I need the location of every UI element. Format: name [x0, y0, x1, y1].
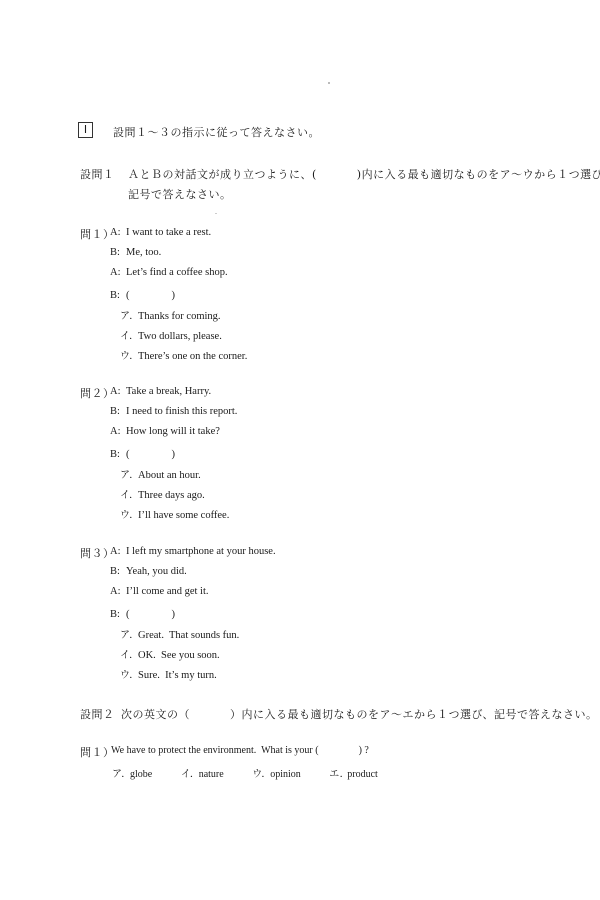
choice-option: イ．nature — [181, 765, 224, 780]
dialogue-line: A:Let’s find a coffee shop. — [110, 267, 228, 278]
choice-option: ウ．There’s one on the corner. — [120, 347, 247, 362]
choice-option: ア．globe — [112, 765, 152, 780]
q2-item1-sentence: We have to protect the environment. What… — [111, 745, 369, 756]
dialogue-line: B:Yeah, you did. — [110, 566, 187, 577]
dialogue-blank-line: B:( ) — [110, 606, 175, 621]
dialogue-line: A:Take a break, Harry. — [110, 386, 211, 397]
dialogue-line: A:I’ll come and get it. — [110, 586, 209, 597]
choice-option: エ．product — [329, 765, 378, 780]
dialogue-line: A:I left my smartphone at your house. — [110, 546, 276, 557]
scan-speck — [328, 82, 330, 84]
dialogue-line: B:I need to finish this report. — [110, 406, 237, 417]
dialogue-blank-line: B:( ) — [110, 446, 175, 461]
dialogue-line: A:How long will it take? — [110, 426, 220, 437]
exam-page: Ⅰ 設問１～３の指示に従って答えなさい。 設問１ ＡとＢの対話文が成り立つように… — [0, 0, 600, 900]
q1-label: 設問１ — [80, 166, 115, 182]
choice-option: ア．Thanks for coming. — [120, 307, 221, 322]
q2-instruction: 次の英文の（）内に入る最も適切なものをア～エから１つ選び、記号で答えなさい。 — [121, 706, 598, 722]
q2-item1-choices: ア．globe イ．nature ウ．opinion エ．product — [112, 765, 404, 780]
scan-speck — [215, 213, 217, 214]
choice-option: イ．Two dollars, please. — [120, 327, 222, 342]
choice-option: ウ．I’ll have some coffee. — [120, 506, 229, 521]
choice-option: ア．Great. That sounds fun. — [120, 626, 239, 641]
dialogue-blank-line: B:( ) — [110, 287, 175, 302]
section-number-box: Ⅰ — [78, 122, 93, 138]
section-instruction: 設問１～３の指示に従って答えなさい。 — [113, 124, 320, 140]
choice-option: ア．About an hour. — [120, 466, 201, 481]
q1-instruction-line1: ＡとＢの対話文が成り立つように、()内に入る最も適切なものをア～ウから１つ選び、 — [128, 166, 600, 182]
q1-instruction-line2: 記号で答えなさい。 — [128, 186, 232, 202]
q2-item1-label: 問１） — [80, 744, 115, 760]
choice-option: イ．OK. See you soon. — [120, 646, 220, 661]
choice-option: ウ．opinion — [252, 765, 301, 780]
q2-label: 設問２ — [80, 706, 115, 722]
dialogue-line: A:I want to take a rest. — [110, 227, 211, 238]
choice-option: ウ．Sure. It’s my turn. — [120, 666, 217, 681]
dialogue-line: B:Me, too. — [110, 247, 161, 258]
choice-option: イ．Three days ago. — [120, 486, 205, 501]
